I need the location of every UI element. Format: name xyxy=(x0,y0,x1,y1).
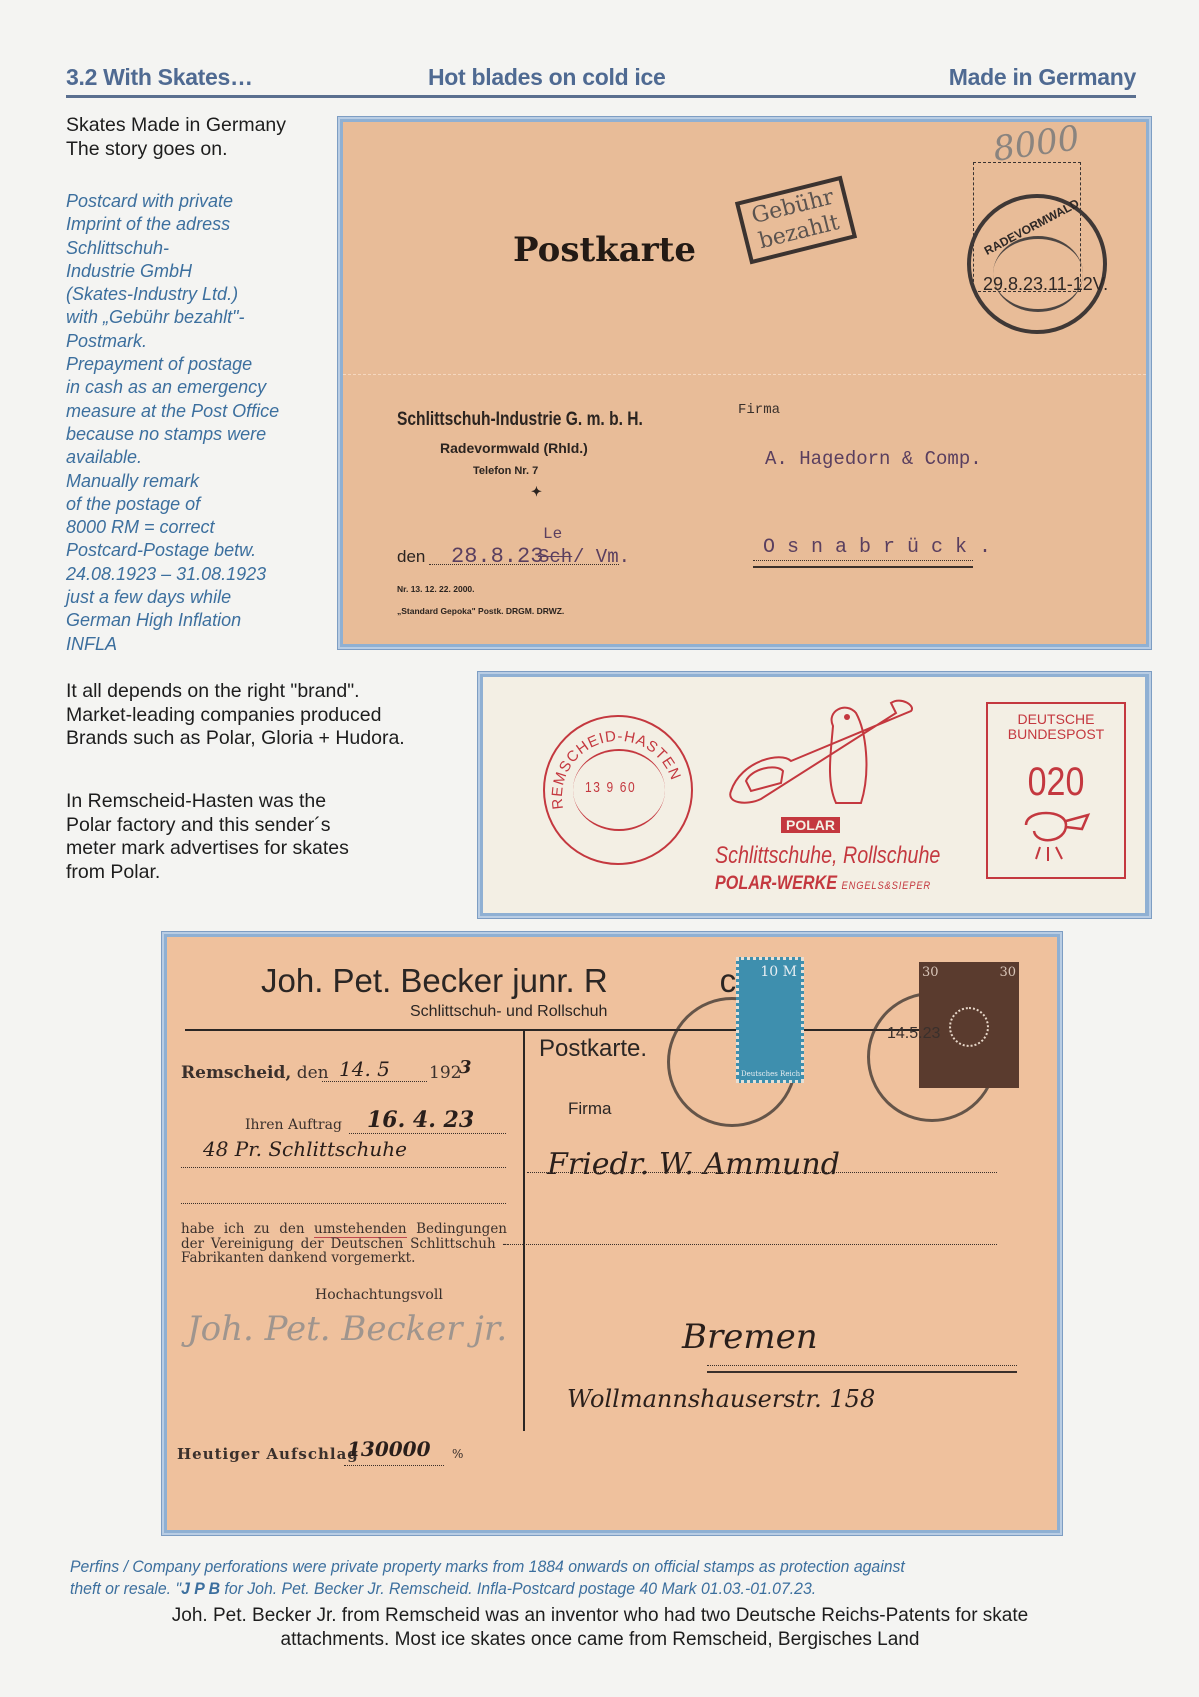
company-heading-text: Joh. Pet. Becker junr. R xyxy=(261,962,608,999)
date-typed: 28.8.23 xyxy=(451,544,543,569)
underlined-word: umstehenden xyxy=(314,1221,407,1238)
meter-ad-line2: POLAR-WERKE ENGELS&SIEPER xyxy=(715,873,931,895)
surcharge-label: Heutiger Aufschlag xyxy=(177,1445,359,1463)
recipient-dotted-line xyxy=(527,1172,997,1173)
brand-line: It all depends on the right "brand". xyxy=(66,680,405,704)
year-print: 192 xyxy=(429,1063,461,1083)
meter-frame-line2: BUNDESPOST xyxy=(988,727,1124,742)
print-maker: „Standard Gepoka" Postk. DRGM. DRWZ. xyxy=(397,606,564,616)
note-line: 8000 RM = correct xyxy=(66,516,279,539)
meter-ad-line1: Schlittschuhe, Rollschuhe xyxy=(715,842,940,870)
gebuehr-bezahlt-cancel: Gebühr bezahlt xyxy=(735,176,857,265)
place-label: Remscheid, xyxy=(181,1063,291,1083)
note-line: of the postage of xyxy=(66,493,279,516)
postcard3-title: Postkarte. xyxy=(539,1035,647,1063)
brand-text: It all depends on the right "brand".Mark… xyxy=(66,680,405,751)
note-line: because no stamps were xyxy=(66,423,279,446)
item-handwritten: 48 Pr. Schlittschuhe xyxy=(203,1137,407,1161)
recipient-label: Firma xyxy=(738,402,780,418)
note-line: just a few days while xyxy=(66,586,279,609)
svg-text:REMSCHEID-HASTEN: REMSCHEID-HASTEN xyxy=(549,728,684,811)
intro-line: The story goes on. xyxy=(66,138,286,162)
meter-town-arc: REMSCHEID-HASTEN xyxy=(543,715,693,865)
stamp-10-mark: 10 M Deutsches Reich xyxy=(736,957,804,1083)
perfins-line1: Perfins / Company perforations were priv… xyxy=(70,1556,1074,1578)
date-handwritten: 14. 5 xyxy=(339,1057,390,1081)
recipient-label: Firma xyxy=(568,1099,611,1119)
blank-dotted-line xyxy=(507,1244,997,1245)
surcharge-dotted-line xyxy=(344,1465,444,1466)
brand-line: Market-leading companies produced xyxy=(66,704,405,728)
order-handwritten: 16. 4. 23 xyxy=(367,1107,474,1133)
postcard1-notes: Postcard with privateImprint of the adre… xyxy=(66,190,279,656)
note-line: measure at the Post Office xyxy=(66,400,279,423)
header-right: Made in Germany xyxy=(949,64,1136,91)
surcharge-value: 130000 xyxy=(347,1437,431,1461)
note-line: Prepayment of postage xyxy=(66,353,279,376)
conditions-text: habe ich zu den umstehenden Bedingungen … xyxy=(181,1222,507,1266)
recipient-city: O s n a b r ü c k . xyxy=(763,536,991,559)
note-line: with „Gebühr bezahlt"- xyxy=(66,306,279,329)
item-dotted-line xyxy=(181,1167,506,1168)
note-line: Postcard-Postage betw. xyxy=(66,539,279,562)
bear-skate-icon xyxy=(721,691,921,821)
perfins-initials: J P B xyxy=(181,1579,220,1598)
note-line: Imprint of the adress xyxy=(66,213,279,236)
stamp2-value: 30 xyxy=(922,965,939,980)
stamp1-value: 10 M xyxy=(760,964,797,980)
signature: Joh. Pet. Becker jr. xyxy=(187,1309,507,1349)
posthorn-icon xyxy=(1016,811,1096,863)
intro-line: Skates Made in Germany xyxy=(66,114,286,138)
city-underline xyxy=(753,566,973,568)
date-suffix: / Vm. xyxy=(573,546,630,568)
note-line: INFLA xyxy=(66,633,279,656)
stamp2-value: 30 xyxy=(999,965,1016,980)
note-line: Manually remark xyxy=(66,470,279,493)
perfins-text: for Joh. Pet. Becker Jr. Remscheid. Infl… xyxy=(220,1579,816,1598)
order-label: Ihren Auftrag xyxy=(245,1117,342,1133)
inventor-note: Joh. Pet. Becker Jr. from Remscheid was … xyxy=(60,1604,1140,1652)
recipient-name: A. Hagedorn & Comp. xyxy=(765,448,982,470)
date-struck: Sch xyxy=(538,546,572,568)
brand-line: Brands such as Polar, Gloria + Hudora. xyxy=(66,727,405,751)
meter-value-frame: DEUTSCHE BUNDESPOST 020 xyxy=(986,702,1126,879)
company-subtitle: Schlittschuh- und Rollschuh xyxy=(410,1003,607,1021)
ornament: ✦ xyxy=(531,484,542,500)
note-line: Postcard with private xyxy=(66,190,279,213)
note-line: available. xyxy=(66,446,279,469)
city-underline xyxy=(707,1371,1017,1373)
polar-line: In Remscheid-Hasten was the xyxy=(66,790,349,814)
polar-badge: POLAR xyxy=(781,817,840,833)
date-dotted-line xyxy=(322,1081,427,1082)
postcard1-title: Postkarte xyxy=(513,230,696,270)
sender-city: Radevormwald (Rhld.) xyxy=(440,440,588,456)
polar-line: Polar factory and this sender´s xyxy=(66,814,349,838)
meter-cover: 13 9 60 REMSCHEID-HASTEN POLAR Schlittsc… xyxy=(483,677,1145,913)
year-handwritten: 3 xyxy=(459,1057,472,1078)
intro-text: Skates Made in Germany The story goes on… xyxy=(66,114,286,161)
note-line: (Skates-Industry Ltd.) xyxy=(66,283,279,306)
place-line: Remscheid, den xyxy=(181,1063,329,1083)
blank-dotted-line xyxy=(181,1203,506,1204)
sender-phone: Telefon Nr. 7 xyxy=(473,465,538,477)
city-dotted-line xyxy=(707,1365,1017,1366)
date-label: den xyxy=(297,1063,329,1083)
section-title: 3.2 With Skates… xyxy=(66,64,253,91)
sender-name: Schlittschuh-Industrie G. m. b. H. xyxy=(397,409,643,431)
city-dotted-line xyxy=(753,560,973,561)
inventor-line2: attachments. Most ice skates once came f… xyxy=(60,1628,1140,1652)
print-number: Nr. 13. 12. 22. 2000. xyxy=(397,584,475,594)
date-correction: Le xyxy=(543,525,562,543)
ad-brand: POLAR-WERKE xyxy=(715,873,837,894)
order-dotted-line xyxy=(349,1133,506,1134)
fold-line xyxy=(343,374,1146,375)
page-header: 3.2 With Skates… Hot blades on cold ice … xyxy=(66,64,1136,98)
polar-line: from Polar. xyxy=(66,861,349,885)
closing: Hochachtungsvoll xyxy=(315,1287,443,1303)
note-line: in cash as an emergency xyxy=(66,376,279,399)
postcard3: Joh. Pet. Becker junr. Rche Schlittschuh… xyxy=(167,937,1057,1530)
surcharge-unit: % xyxy=(452,1447,463,1461)
header-rule xyxy=(185,1029,925,1031)
divider-rule xyxy=(523,1031,525,1431)
perfins-note: Perfins / Company perforations were priv… xyxy=(70,1556,1074,1600)
note-line: Schlittschuh- xyxy=(66,237,279,260)
polar-line: meter mark advertises for skates xyxy=(66,837,349,861)
recipient-city: Bremen xyxy=(682,1317,818,1357)
perfins-line2: theft or resale. "J P B for Joh. Pet. Be… xyxy=(70,1578,1074,1600)
date-label: den xyxy=(397,547,425,567)
note-line: Industrie GmbH xyxy=(66,260,279,283)
postmark-date: 29.8.23.11-12V. xyxy=(983,274,1108,295)
note-line: German High Inflation xyxy=(66,609,279,632)
ad-company: ENGELS&SIEPER xyxy=(842,880,932,892)
recipient-name: Friedr. W. Ammund xyxy=(547,1147,840,1182)
note-line: 24.08.1923 – 31.08.1923 xyxy=(66,563,279,586)
inventor-line1: Joh. Pet. Becker Jr. from Remscheid was … xyxy=(60,1604,1140,1628)
perfins-text: theft or resale. " xyxy=(70,1579,181,1598)
recipient-street: Wollmannshauserstr. 158 xyxy=(567,1385,875,1413)
meter-frame-line1: DEUTSCHE xyxy=(988,712,1124,727)
company-heading: Joh. Pet. Becker junr. Rche xyxy=(261,962,773,1000)
postmark-date: 14.5.23 xyxy=(887,1025,940,1043)
stamp1-text: Deutsches Reich xyxy=(741,1070,800,1078)
perfin-pattern xyxy=(949,1007,989,1047)
note-line: Postmark. xyxy=(66,330,279,353)
meter-value: 020 xyxy=(998,760,1114,805)
postcard1: Postkarte Gebühr bezahlt 8000 RADEVORMWA… xyxy=(343,122,1146,644)
page-subtitle: Hot blades on cold ice xyxy=(428,64,666,91)
polar-text: In Remscheid-Hasten was thePolar factory… xyxy=(66,790,349,884)
